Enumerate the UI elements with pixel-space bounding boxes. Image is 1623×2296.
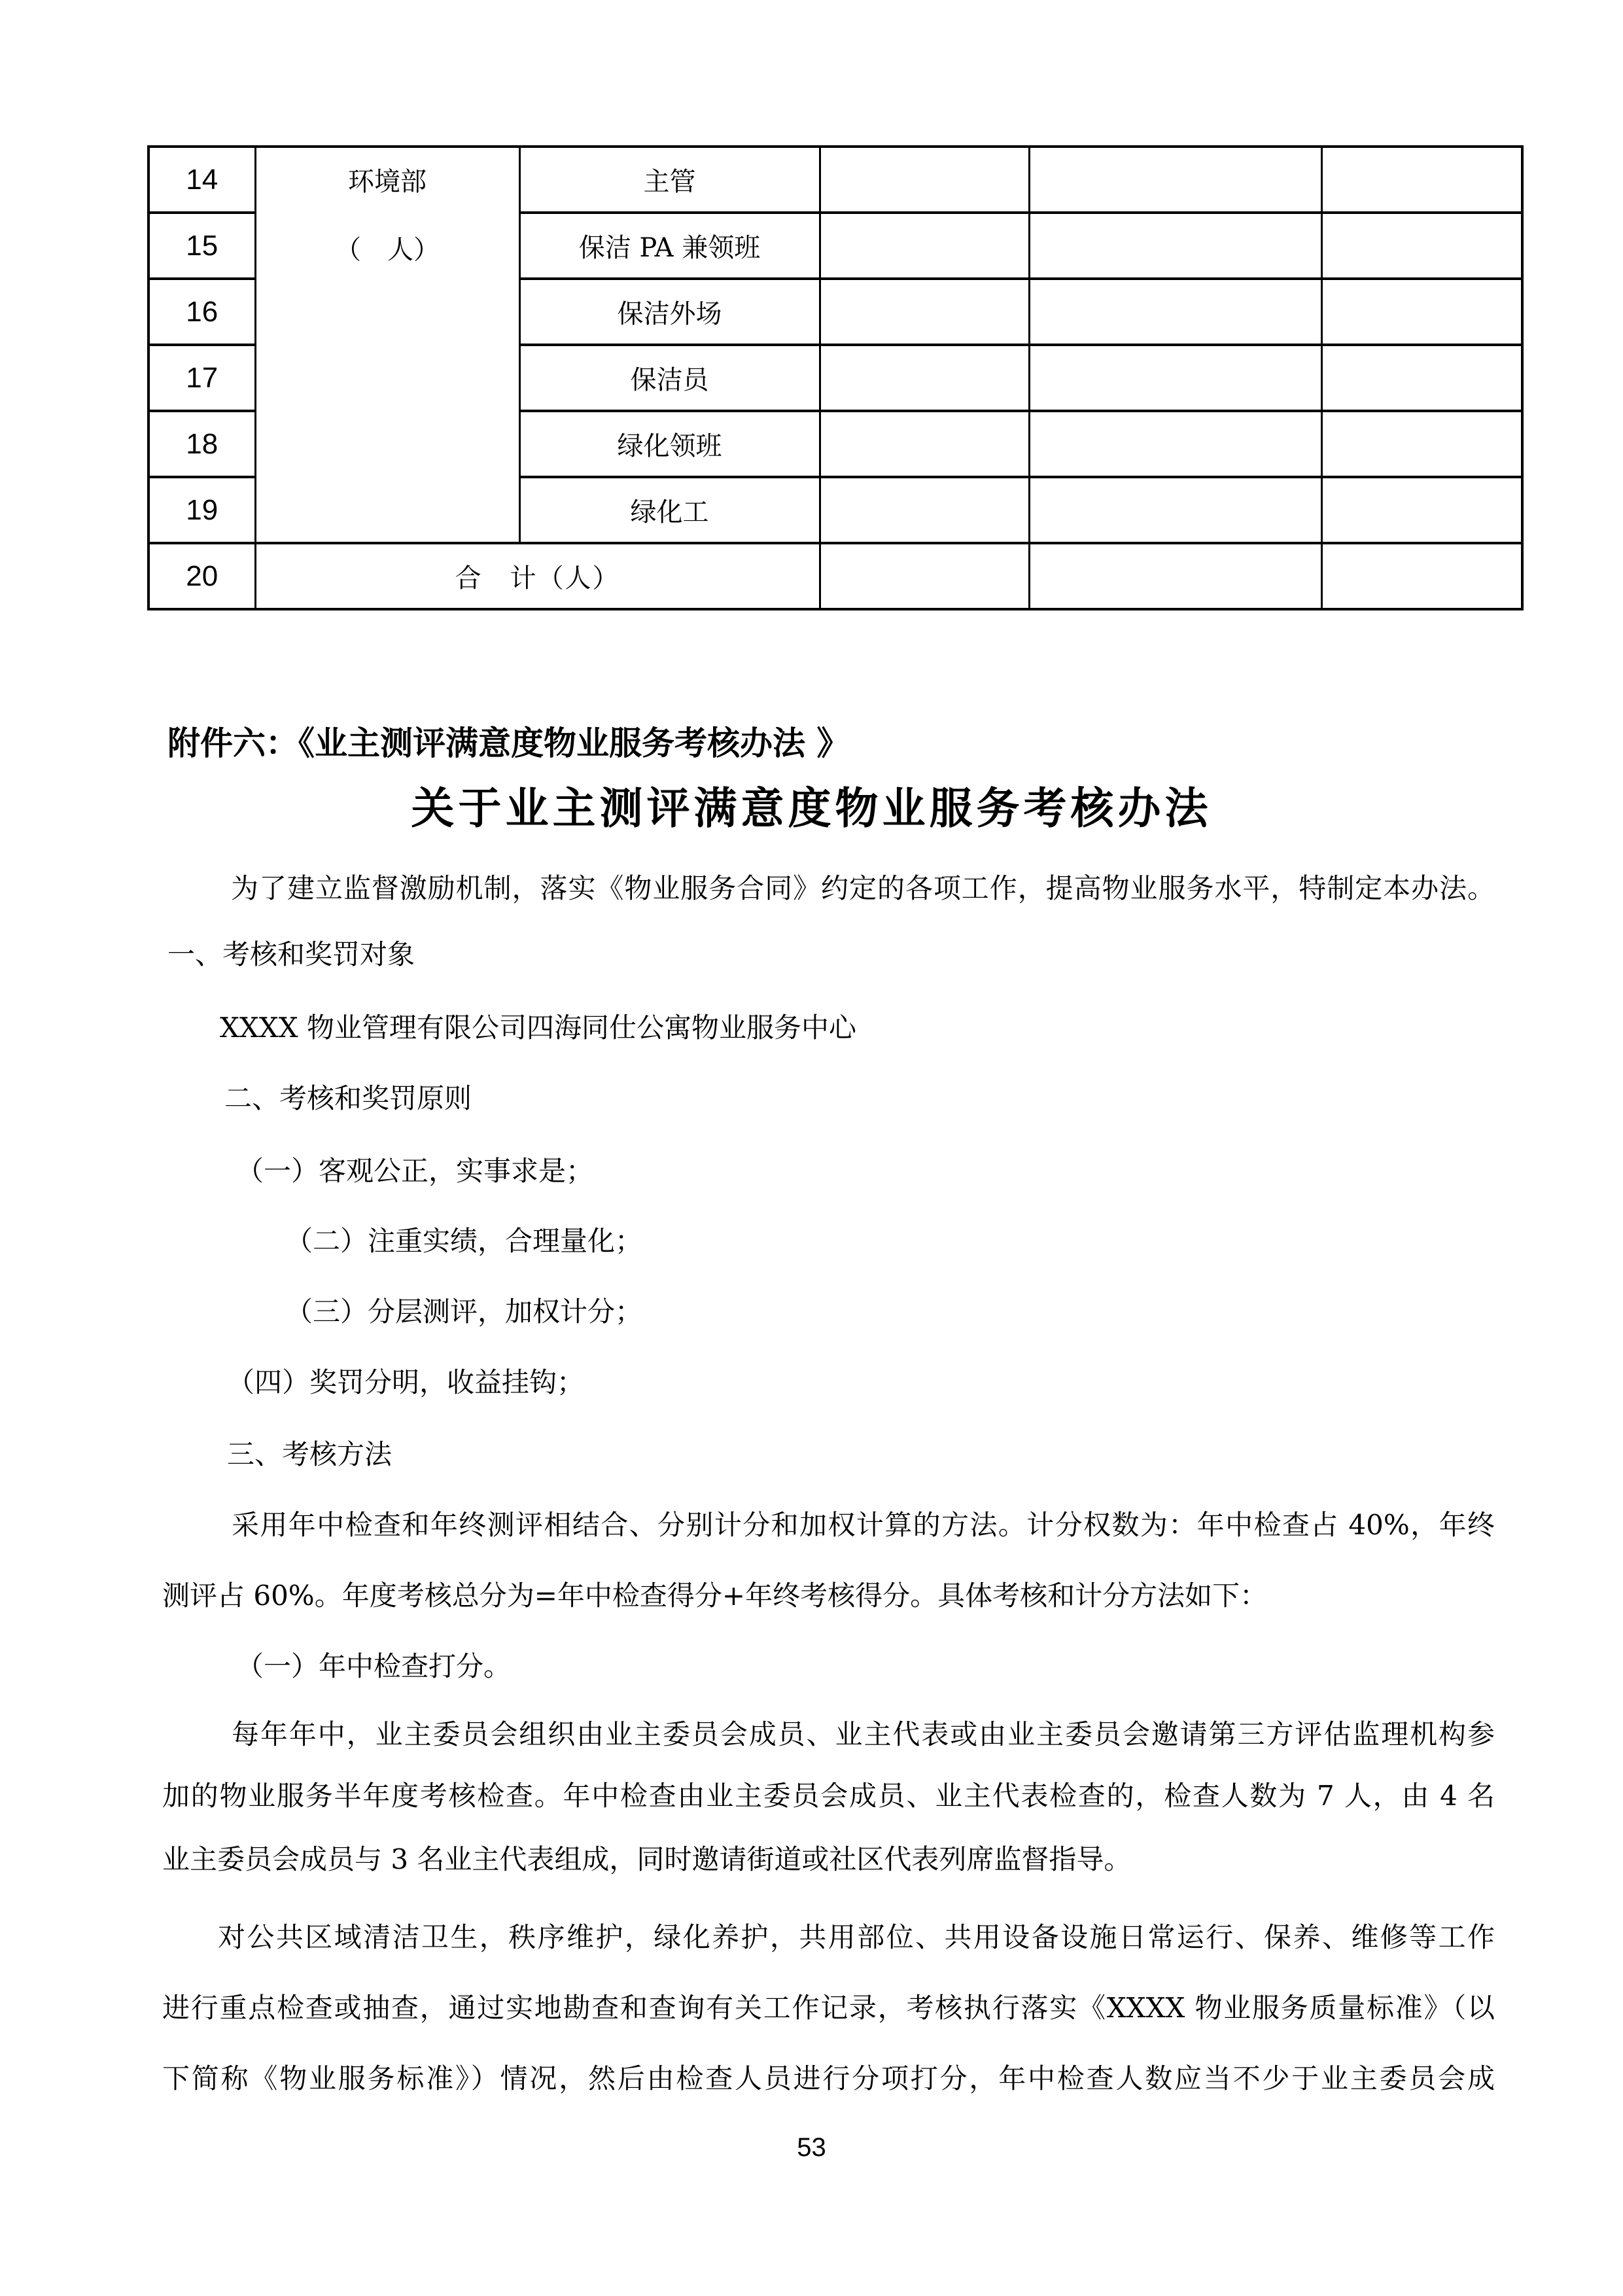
row-number-cell: 20 (148, 543, 255, 609)
empty-cell (1029, 213, 1321, 279)
job-title-cell: 主管 (519, 147, 820, 213)
job-title-cell: 绿化领班 (519, 411, 820, 477)
body-line: （一）年中检查打分。 (162, 1651, 1495, 1682)
empty-cell (1321, 543, 1522, 609)
body-line: 测评占 60%。年度考核总分为=年中检查得分+年终考核得分。具体考核和计分方法如… (162, 1580, 1495, 1612)
empty-cell (1029, 147, 1321, 213)
body-line: 加的物业服务半年度考核检查。年中检查由业主委员会成员、业主代表检查的，检查人数为… (162, 1780, 1495, 1812)
empty-cell (820, 543, 1029, 609)
empty-cell (1029, 279, 1321, 345)
empty-cell (820, 279, 1029, 345)
body-line: XXXX 物业管理有限公司四海同仕公寓物业服务中心 (162, 1012, 1495, 1044)
body-line: （一）客观公正，实事求是； (162, 1156, 1495, 1187)
job-title-cell: 保洁员 (519, 345, 820, 411)
row-number-cell: 18 (148, 411, 255, 477)
empty-cell (820, 411, 1029, 477)
empty-cell (1029, 345, 1321, 411)
empty-cell (1029, 543, 1321, 609)
empty-cell (1321, 477, 1522, 543)
job-title-cell: 保洁 PA 兼领班 (519, 213, 820, 279)
body-line: 每年年中，业主委员会组织由业主委员会成员、业主代表或由业主委员会邀请第三方评估监… (162, 1719, 1495, 1750)
section-heading: 二、考核和奖罚原则 (162, 1083, 1495, 1114)
empty-cell (820, 477, 1029, 543)
row-number-cell: 17 (148, 345, 255, 411)
body-line: 业主委员会成员与 3 名业主代表组成，同时邀请街道或社区代表列席监督指导。 (162, 1844, 1495, 1875)
empty-cell (820, 345, 1029, 411)
section-heading: 三、考核方法 (162, 1439, 1495, 1470)
body-line: 下简称《物业服务标准》）情况，然后由检查人员进行分项打分，年中检查人数应当不少于… (162, 2063, 1495, 2094)
row-number-cell: 14 (148, 147, 255, 213)
empty-cell (820, 213, 1029, 279)
job-title-cell: 保洁外场 (519, 279, 820, 345)
body-line: 对公共区域清洁卫生，秩序维护，绿化养护，共用部位、共用设备设施日常运行、保养、维… (162, 1922, 1495, 1953)
job-title-cell: 绿化工 (519, 477, 820, 543)
doc-title: 关于业主测评满意度物业服务考核办法 (0, 786, 1623, 830)
page-number: 53 (0, 2134, 1623, 2161)
body-line: （二）注重实绩，合理量化； (162, 1226, 1495, 1257)
body-line: （三）分层测评，加权计分； (162, 1296, 1495, 1328)
empty-cell (1321, 213, 1522, 279)
body-line: （四）奖罚分明，收益挂钩； (162, 1367, 1495, 1398)
section-heading: 一、考核和奖罚对象 (162, 939, 1495, 970)
document-page: 14 环境部 （ 人） 主管 15 保洁 PA 兼领班 16 保洁外场 (0, 0, 1623, 2296)
attachment-heading: 附件六：《业主测评满意度物业服务考核办法 》 (167, 727, 849, 760)
empty-cell (820, 147, 1029, 213)
total-label-cell: 合 计（人） (255, 543, 820, 609)
row-number-cell: 16 (148, 279, 255, 345)
body-line: 采用年中检查和年终测评相结合、分别计分和加权计算的方法。计分权数为：年中检查占 … (162, 1510, 1495, 1541)
empty-cell (1321, 147, 1522, 213)
empty-cell (1029, 411, 1321, 477)
empty-cell (1321, 411, 1522, 477)
table-row: 14 环境部 （ 人） 主管 (148, 147, 1522, 213)
department-cell: 环境部 （ 人） (255, 147, 519, 543)
empty-cell (1321, 279, 1522, 345)
department-unit: （ 人） (256, 216, 519, 284)
staffing-table: 14 环境部 （ 人） 主管 15 保洁 PA 兼领班 16 保洁外场 (147, 145, 1524, 610)
row-number-cell: 19 (148, 477, 255, 543)
body-line: 进行重点检查或抽查，通过实地勘查和查询有关工作记录，考核执行落实《XXXX 物业… (162, 1992, 1495, 2024)
empty-cell (1321, 345, 1522, 411)
row-number-cell: 15 (148, 213, 255, 279)
table-total-row: 20 合 计（人） (148, 543, 1522, 609)
empty-cell (1029, 477, 1321, 543)
body-line: 为了建立监督激励机制，落实《物业服务合同》约定的各项工作，提高物业服务水平，特制… (162, 873, 1495, 904)
department-name: 环境部 (256, 148, 519, 216)
